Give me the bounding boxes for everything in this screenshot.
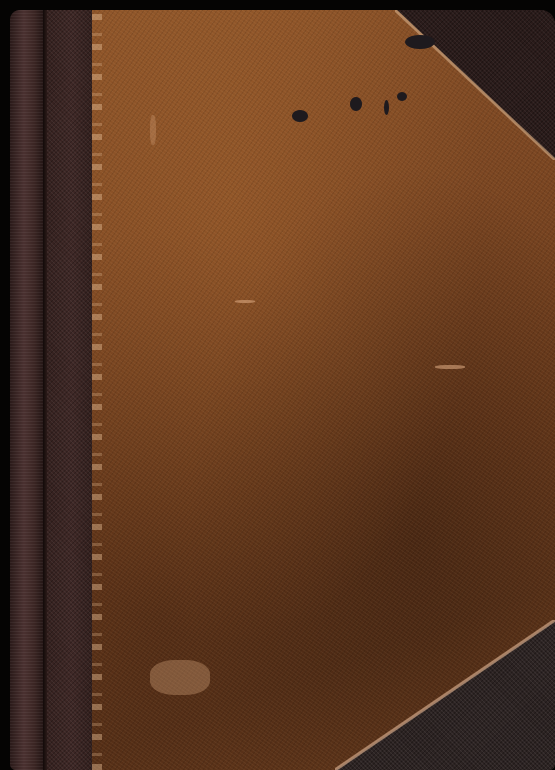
ink-stain xyxy=(292,110,308,122)
spine-cloth-band xyxy=(47,10,97,770)
ink-stain xyxy=(350,97,362,111)
ink-stain xyxy=(405,35,435,49)
worn-board-edge xyxy=(92,10,102,770)
surface-scuff xyxy=(150,660,210,695)
top-corner-worn-edge xyxy=(395,10,555,160)
ink-stain xyxy=(384,100,389,115)
surface-scuff xyxy=(150,115,156,145)
photo-background xyxy=(0,0,555,770)
book-cover xyxy=(10,10,555,770)
surface-scuff xyxy=(435,365,465,369)
bottom-corner-worn-edge xyxy=(335,620,555,770)
ink-stain xyxy=(397,92,407,101)
surface-scuff xyxy=(235,300,255,303)
spine-outer-cloth xyxy=(10,10,45,770)
